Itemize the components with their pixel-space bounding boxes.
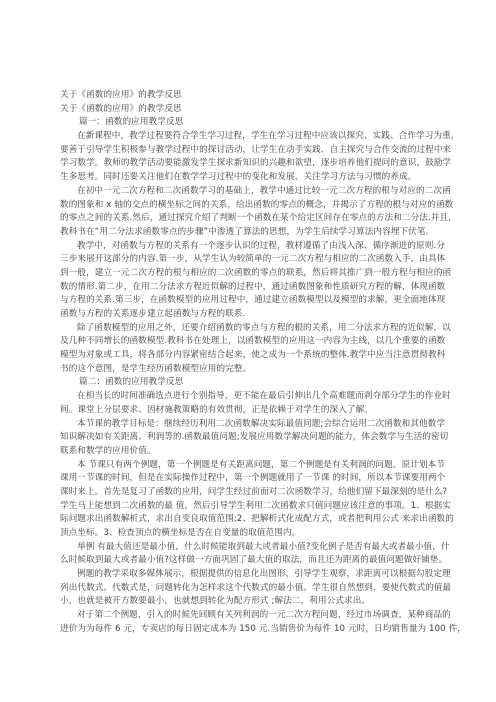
text-line: 对于第二个例题，引入的时候先回顾有关列利润的一元二次方程问题，经过市场调查，某种… bbox=[60, 609, 450, 623]
text-line: 课时来上。首先是复习了函数的应用，问学生经过前面对二次函数学习，给他们留下最深刻… bbox=[60, 486, 450, 500]
paragraph: 对于第二个例题，引入的时候先回顾有关列利润的一元二次方程问题，经过市场调查，某种… bbox=[60, 609, 450, 636]
text-line: 函数与方程的关系逐步建立起函数与方程的联系. bbox=[60, 308, 450, 322]
text-line: 到一般，建立一元二次方程的根与相应的二次函数的零点的联系，然后将其推广到一般方程… bbox=[60, 267, 450, 281]
text-line: 例题的教学采取多媒体展示，根据提供的信息化出图形，引导学生观察，求距离可以根据勾… bbox=[60, 568, 450, 582]
text-line: 三步来展开这部分的内容.第一步，从学生认为较简单的一元二次方程与相应的二次函数入… bbox=[60, 253, 450, 267]
document-title: 关于《函数的应用》的教学反思 bbox=[60, 89, 450, 103]
text-line: 学习数学。教师的教学活动要能激发学生探求新知识的兴趣和欲望，逐步培养他们提问的意… bbox=[60, 157, 450, 171]
text-line: 际问题求出函数解析式，求出自变良取值范围;2、把解析式化成配方式，或者把利用公式… bbox=[60, 513, 450, 527]
text-line: 在相当长的时间准确选点进行个别指导，更不能在最后引伸出几个高难题而剥夺部分学生的… bbox=[60, 390, 450, 404]
paragraph: 本节课的教学目标是：继续经历利用二次函数解决实际最值问题;会综合运用二次函数和其… bbox=[60, 418, 450, 459]
paragraph: 除了函数模型的应用之外，还要介绍函数的零点与方程的根的关系，用二分法求方程的近似… bbox=[60, 322, 450, 377]
text-line: 间。课堂上分层要求、因材施教策略的有效贯彻，正是依赖于对学生的深入了解。 bbox=[60, 404, 450, 418]
text-line: 书的这个意图，是学生经历函数模型应用的完整。 bbox=[60, 363, 450, 377]
text-line: 教学中，对函数与方程的关系有一个逐步认识的过程，教材遵循了由浅入深、循序渐进的原… bbox=[60, 240, 450, 254]
text-line: 数的情形.第二步，在用二分法求方程近似解的过程中，通过函数图象和性质研究方程的解… bbox=[60, 281, 450, 295]
text-line: 本 节课只有两个例题，第一个例题是有关距离问题，第二个例题是有关利润的问题。原计… bbox=[60, 459, 450, 473]
text-line: 联系和数学的应用价值。 bbox=[60, 445, 450, 459]
text-line: 学生马上能想到二次函数的最 值，然后引导学生利用二次函数求只值问题应该注意的事项… bbox=[60, 500, 450, 514]
text-line: 生多思考。同时还要关注他们在数学学习过程中的变化和发展，关注学习方法与习惯的养成… bbox=[60, 171, 450, 185]
text-line: 本节课的教学目标是：继续经历利用二次函数解决实际最值问题;会综合运用二次函数和其… bbox=[60, 418, 450, 432]
text-line: 在初中一元二次方程和二次函数学习的基础上，教学中通过比较一元二次方程的根与对应的… bbox=[60, 185, 450, 199]
text-line: 课用一节课的时间，但是在实际操作过程中，第一个例题就用了一节课 的时间，所以本节… bbox=[60, 472, 450, 486]
paragraph: 本 节课只有两个例题，第一个例题是有关距离问题，第二个例题是有关利润的问题。原计… bbox=[60, 459, 450, 541]
paragraph: 在新课程中，教学过程要符合学生学习过程，学生在学习过程中应该以探究、实践、合作学… bbox=[60, 130, 450, 185]
text-line: 知识解决如有关距离、利润等的.函数最值问题;发展应用数学解决问题的能力，体会数学… bbox=[60, 431, 450, 445]
section-heading: 篇一：函数的应用教学反思 bbox=[60, 116, 450, 130]
text-line: 在新课程中，教学过程要符合学生学习过程，学生在学习过程中应该以探究、实践、合作学… bbox=[60, 130, 450, 144]
paragraph: 例题的教学采取多媒体展示，根据提供的信息化出图形，引导学生观察，求距离可以根据勾… bbox=[60, 568, 450, 609]
text-line: 列出代数式。代数式是，问题转化为怎样求这个代数式的最小值。学生很自然想到，要使代… bbox=[60, 582, 450, 596]
text-line: 教科书在“用二分法求函数零点的步骤”中渗透了算法的思想，为学生后续学习算法内容埋… bbox=[60, 226, 450, 240]
text-line: 的零点之间的关系.然后，通过探究介绍了判断一个函数在某个给定区间存在零点的方法和… bbox=[60, 212, 450, 226]
document-body: 关于《函数的应用》的教学反思 关于《函数的应用》的教学反思 篇一：函数的应用教学… bbox=[60, 89, 450, 637]
paragraph: 在初中一元二次方程和二次函数学习的基础上，教学中通过比较一元二次方程的根与对应的… bbox=[60, 185, 450, 240]
text-line: 除了函数模型的应用之外，还要介绍函数的零点与方程的根的关系，用二分法求方程的近似… bbox=[60, 322, 450, 336]
text-line: 举例 有最大值还是最小值，什么时候能取到最大或者最小值?变化例子是否有最大或者最… bbox=[60, 541, 450, 555]
text-line: 么时候取到最大或者最小值?这样做一方面巩固了最大值的取法，而且还为距离的最值问题… bbox=[60, 554, 450, 568]
section-heading: 篇二：函数的应用教学反思 bbox=[60, 376, 450, 390]
paragraph: 教学中，对函数与方程的关系有一个逐步认识的过程，教材遵循了由浅入深、循序渐进的原… bbox=[60, 240, 450, 322]
paragraph: 举例 有最大值还是最小值，什么时候能取到最大或者最小值?变化例子是否有最大或者最… bbox=[60, 541, 450, 568]
document-title-repeat: 关于《函数的应用》的教学反思 bbox=[60, 103, 450, 117]
text-line: 与方程的关系.第三步，在函数模型的应用过程中，通过建立函数模型以及模型的求解，更… bbox=[60, 294, 450, 308]
text-line: 模型为对象或工具，将各部分内容紧密结合起来，使之成为一个系统的整体.教学中应当注… bbox=[60, 349, 450, 363]
text-line: 进价为为每件 6 元，专卖店的每日固定成本为 150 元.当销售价为每件 10 … bbox=[60, 623, 450, 637]
text-line: 及几种不同增长的函数模型.教科书在处理上，以函数模型的应用这一内容为主线，以几个… bbox=[60, 335, 450, 349]
text-line: 数的图象和 x 轴的交点的横坐标之间的关系，给出函数的零点的概念，并揭示了方程的… bbox=[60, 199, 450, 213]
text-line: 顶点坐标。3、检查顶点的横坐标是否在自变量的取值范围内。 bbox=[60, 527, 450, 541]
text-line: 小，也就是被开方数要最小，也就想到转化为配方形式 ;解法二，利用公式求出。 bbox=[60, 595, 450, 609]
text-line: 要善于引导学生积极参与教学过程中的探讨活动，让学生在动手实践、自主探究与合作交流… bbox=[60, 144, 450, 158]
paragraph: 在相当长的时间准确选点进行个别指导，更不能在最后引伸出几个高难题而剥夺部分学生的… bbox=[60, 390, 450, 417]
